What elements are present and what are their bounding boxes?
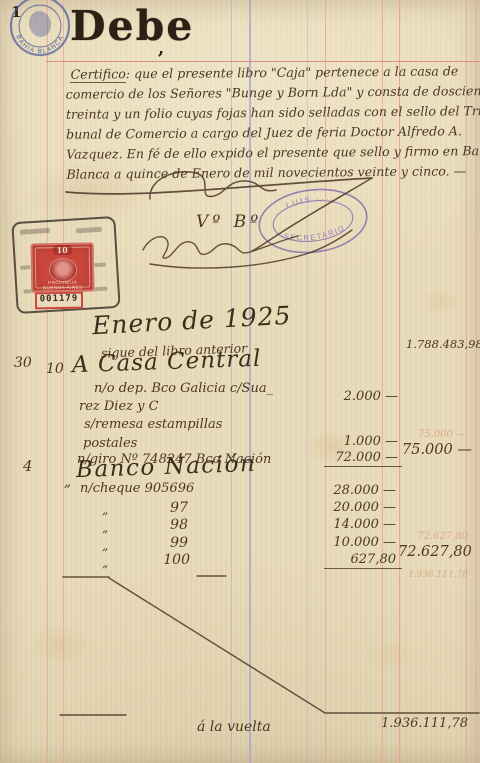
svg-text:BAHIA BLANCA: BAHIA BLANCA [14,34,65,55]
ledger-page: 1 Debe , BAHIA BLANCA Certifico: que el … [0,0,480,763]
stamp-outer-ellipse [256,184,371,259]
ditto-mark: „ [102,503,108,517]
entry-line: n/o dep. Bco Galicia c/Sua_ [94,381,273,396]
ruling-vertical [63,0,64,763]
rubber-stamp-smudge [92,263,106,268]
ruling-vertical [47,0,48,763]
carry-forward-label: á la vuelta [197,719,271,735]
revenue-stamp: 10 PROVINCIA BUENOS AIRES [31,242,95,292]
entry-line: postales [83,436,137,451]
cheque-number: 99 [160,535,188,551]
margin-folio: 10 [46,361,64,377]
check-pencil-note: 1.936.111,78 [400,570,468,580]
entry-amount: 1.000 — [318,434,398,449]
entry-line: n/cheque 905696 [80,481,194,496]
certificate-line: Blanca a quince de Enero de mil novecien… [66,161,468,184]
signature-vazquez [150,230,352,268]
certifico-underline [70,82,126,83]
entry-amount: 20.000 — [316,500,396,515]
entry-line: rez Diez y C [79,399,159,414]
stamp-top-text: LUIS ···· [284,192,337,211]
cheque-number: 98 [160,517,188,533]
total-pencil-note: 75.000 — [404,429,466,440]
certificate-paragraph: Certifico: que el presente libro "Caja" … [65,61,468,184]
account-title: A Casa Central [72,346,262,379]
rubber-stamp-smudge [76,227,102,234]
total-pencil-note: 72.627,80 [400,531,468,542]
revenue-stamp-serial: 001179 [35,292,83,310]
signature-flourish [252,178,372,251]
entry-amount: 14.000 — [316,517,396,532]
page-title-mark: , [158,38,164,59]
ditto-mark: „ [102,521,108,535]
entry-amount: 72.000 — [313,450,398,465]
ditto-mark: „ [102,539,108,553]
entry-total: 75.000 — [402,442,466,458]
account-title: Banco Nación [76,451,257,483]
column-subtotal-rule [324,568,402,569]
page-title-debe: Debe [70,2,194,50]
month-heading: Enero de 1925 [91,301,292,340]
cancellation-lines [60,576,479,715]
seal-text: BAHIA BLANCA [14,34,65,55]
entry-amount: 2.000 — [318,389,398,404]
revenue-stamp-region: BUENOS AIRES [31,284,94,290]
seal-emblem [27,9,54,39]
ditto-mark: „ [64,474,71,490]
rubber-stamp-smudge [20,228,50,235]
column-subtotal-rule [324,466,402,467]
entry-total: 72.627,80 [398,544,470,560]
margin-folio: 4 [23,457,33,475]
visto-bueno: Vº Bº [196,212,262,232]
cheque-number: 100 [158,552,190,568]
revenue-stamp-value: 10 [53,245,72,255]
entry-amount: 10.000 — [316,535,396,550]
margin-day: 30 [14,355,32,371]
svg-text:SECRETARIO: SECRETARIO [282,223,347,246]
notarial-seal: BAHIA BLANCA [2,0,80,62]
ditto-mark: „ [102,556,108,570]
cheque-number: 97 [160,500,188,516]
signature-vazquez [143,236,298,258]
entry-line: s/remesa estampillas [84,417,222,432]
stamp-inner-ellipse [271,196,355,245]
carryover-amount: 1.788.483,98 [406,337,468,351]
stamp-bottom-text: SECRETARIO [282,223,347,246]
entry-amount: 28.000 — [316,483,396,498]
revenue-stamp-emblem [49,259,75,281]
entry-amount: 627,80 [316,552,396,567]
svg-text:LUIS ····: LUIS ···· [284,192,337,211]
page-total: 1.936.111,78 [380,716,468,731]
